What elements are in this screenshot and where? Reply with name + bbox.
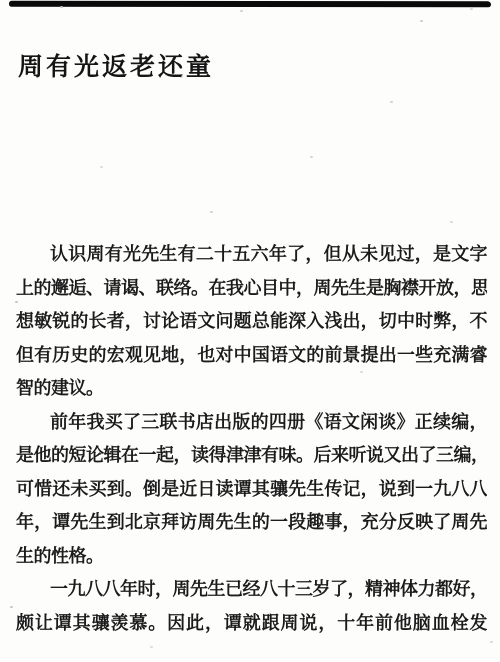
text-line: 一九八八年时，周先生已经八十三岁了，精神体力都好， bbox=[16, 573, 487, 607]
scan-noise-specks bbox=[60, 6, 63, 8]
text-line: 可惜还未买到。倒是近日读谭其骧先生传记，说到一九八八 bbox=[16, 473, 487, 507]
text-line: 上的邂逅、请谒、联络。在我心目中，周先生是胸襟开放，思 bbox=[16, 272, 487, 306]
text-line: 智的建议。 bbox=[16, 372, 487, 406]
text-line: 前年我买了三联书店出版的四册《语文闲谈》正续编， bbox=[16, 406, 487, 440]
text-line: 但有历史的宏观见地，也对中国语文的前景提出一些充满睿 bbox=[16, 339, 487, 373]
document-page: 周有光返老还童 认识周有光先生有二十五六年了，但从未见过，是文字上的邂逅、请谒、… bbox=[0, 0, 500, 662]
page-title: 周有光返老还童 bbox=[18, 47, 214, 83]
paragraph: 前年我买了三联书店出版的四册《语文闲谈》正续编，是他的短论辑在一起，读得津津有味… bbox=[16, 406, 487, 574]
body-text: 认识周有光先生有二十五六年了，但从未见过，是文字上的邂逅、请谒、联络。在我心目中… bbox=[16, 238, 487, 640]
text-line: 是他的短论辑在一起，读得津津有味。后来听说又出了三编， bbox=[16, 439, 487, 473]
text-line: 认识周有光先生有二十五六年了，但从未见过，是文字 bbox=[16, 238, 487, 272]
text-line: 生的性格。 bbox=[16, 540, 487, 574]
scan-artifact-bar bbox=[9, 1, 491, 7]
paragraph: 一九八八年时，周先生已经八十三岁了，精神体力都好，颇让谭其骧羡慕。因此，谭就跟周… bbox=[16, 573, 487, 640]
text-line: 颇让谭其骧羡慕。因此，谭就跟周说，十年前他脑血栓发 bbox=[16, 607, 487, 641]
paragraph: 认识周有光先生有二十五六年了，但从未见过，是文字上的邂逅、请谒、联络。在我心目中… bbox=[16, 238, 487, 406]
text-line: 想敏锐的长者，讨论语文问题总能深入浅出，切中时弊，不 bbox=[16, 305, 487, 339]
text-line: 年，谭先生到北京拜访周先生的一段趣事，充分反映了周先 bbox=[16, 506, 487, 540]
